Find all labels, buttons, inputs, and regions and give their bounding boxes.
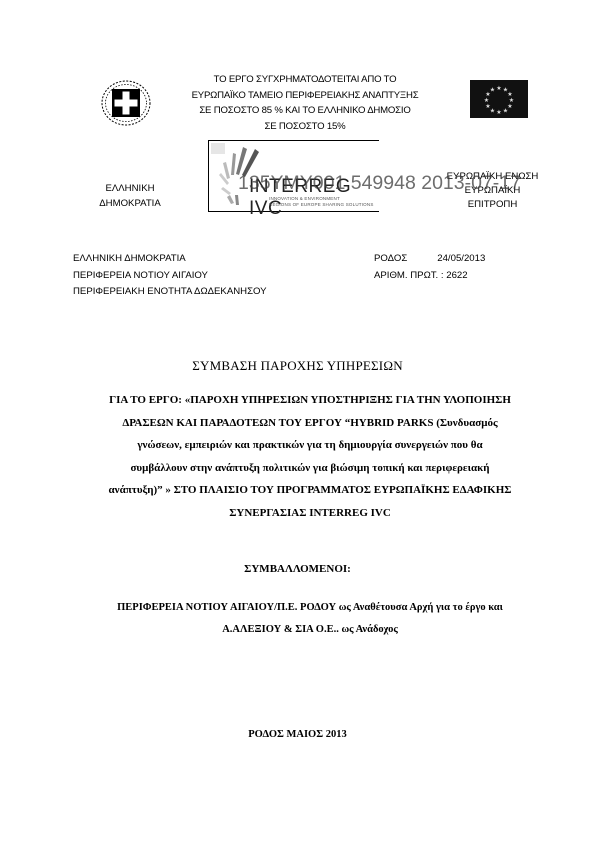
funding-line: ΣΕ ΠΟΣΟΣΤΟ 15%	[175, 119, 435, 135]
greek-state-label-line: ΔΗΜΟΚΡΑΤΙΑ	[95, 196, 165, 211]
greek-coat-of-arms-icon	[100, 79, 152, 127]
protocol-number: 2622	[446, 270, 467, 281]
funding-line: ΤΟ ΕΡΓΟ ΣΥΓΧΡΗΜΑΤΟΔΟΤΕΙΤΑΙ ΑΠΟ ΤΟ	[175, 72, 435, 88]
issuer-line: ΠΕΡΙΦΕΡΕΙΑΚΗ ΕΝΟΤΗΤΑ ΔΩΔΕΚΑΝΗΣΟΥ	[73, 284, 267, 301]
eu-flag-icon: ★ ★ ★ ★ ★ ★ ★ ★ ★ ★ ★ ★	[470, 80, 528, 118]
issuer-line: ΕΛΛΗΝΙΚΗ ΔΗΜΟΚΡΑΤΙΑ	[73, 251, 267, 268]
greek-state-label-line: ΕΛΛΗΝΙΚΗ	[95, 181, 165, 196]
subject-line: ΓΙΑ ΤΟ ΕΡΓΟ: «ΠΑΡΟΧΗ ΥΠΗΡΕΣΙΩΝ ΥΠΟΣΤΗΡΙΞ…	[70, 389, 550, 412]
party-line: ΠΕΡΙΦΕΡΕΙΑ ΝΟΤΙΟΥ ΑΙΓΑΙΟΥ/Π.Ε. ΡΟΔΟΥ ως …	[70, 597, 550, 619]
funding-line: ΕΥΡΩΠΑΪΚΟ ΤΑΜΕΙΟ ΠΕΡΙΦΕΡΕΙΑΚΗΣ ΑΝΑΠΤΥΞΗΣ	[175, 88, 435, 104]
interreg-subtitle: REGIONS OF EUROPE SHARING SOLUTIONS	[269, 202, 374, 207]
funding-line: ΣΕ ΠΟΣΟΣΤΟ 85 % ΚΑΙ ΤΟ ΕΛΛΗΝΙΚΟ ΔΗΜΟΣΙΟ	[175, 103, 435, 119]
svg-text:★: ★	[484, 97, 489, 104]
document-meta: ΡΟΔΟΣ24/05/2013 ΑΡΙΘΜ. ΠΡΩΤ. : 2622	[374, 251, 485, 284]
page-title: ΣΥΜΒΑΣΗ ΠΑΡΟΧΗΣ ΥΠΗΡΕΣΙΩΝ	[0, 358, 595, 374]
subject-line: ΔΡΑΣΕΩΝ ΚΑΙ ΠΑΡΑΔΟΤΕΩΝ ΤΟΥ ΕΡΓΟΥ “HYBRID…	[70, 412, 550, 435]
svg-text:★: ★	[490, 87, 495, 94]
svg-text:★: ★	[496, 85, 501, 92]
issuer-block: ΕΛΛΗΝΙΚΗ ΔΗΜΟΚΡΑΤΙΑ ΠΕΡΙΦΕΡΕΙΑ ΝΟΤΙΟΥ ΑΙ…	[73, 251, 267, 301]
eu-label-line: ΕΠΙΤΡΟΠΗ	[440, 198, 545, 212]
svg-text:★: ★	[496, 109, 501, 116]
parties-block: ΠΕΡΙΦΕΡΕΙΑ ΝΟΤΙΟΥ ΑΙΓΑΙΟΥ/Π.Ε. ΡΟΔΟΥ ως …	[70, 597, 550, 641]
subject-line: ΣΥΝΕΡΓΑΣΙΑΣ INTERREG IVC	[70, 502, 550, 525]
party-line: Α.ΑΛΕΞΙΟΥ & ΣΙΑ Ο.Ε.. ως Ανάδοχος	[70, 619, 550, 641]
contract-subject: ΓΙΑ ΤΟ ΕΡΓΟ: «ΠΑΡΟΧΗ ΥΠΗΡΕΣΙΩΝ ΥΠΟΣΤΗΡΙΞ…	[70, 389, 550, 524]
issuer-line: ΠΕΡΙΦΕΡΕΙΑ ΝΟΤΙΟΥ ΑΙΓΑΙΟΥ	[73, 268, 267, 285]
subject-line: ανάπτυξη)” » ΣΤΟ ΠΛΑΙΣΙΟ ΤΟΥ ΠΡΟΓΡΑΜΜΑΤΟ…	[70, 479, 550, 502]
protocol-row: ΑΡΙΘΜ. ΠΡΩΤ. : 2622	[374, 268, 485, 285]
subject-line: συμβάλλουν στην ανάπτυξη πολιτικών για β…	[70, 457, 550, 480]
date: 24/05/2013	[437, 251, 485, 268]
watermark-stamp: 135ΥΜΥ001 549948 2013-07-17	[238, 172, 521, 195]
place: ΡΟΔΟΣ	[374, 253, 407, 264]
subject-line: γνώσεων, εμπειριών και πρακτικών για τη …	[70, 434, 550, 457]
parties-heading: ΣΥΜΒΑΛΛΟΜΕΝΟΙ:	[0, 563, 595, 575]
svg-text:★: ★	[503, 108, 508, 115]
svg-text:★: ★	[485, 103, 490, 110]
protocol-label: ΑΡΙΘΜ. ΠΡΩΤ. :	[374, 270, 444, 281]
funding-statement: ΤΟ ΕΡΓΟ ΣΥΓΧΡΗΜΑΤΟΔΟΤΕΙΤΑΙ ΑΠΟ ΤΟ ΕΥΡΩΠΑ…	[175, 72, 435, 134]
greek-state-label: ΕΛΛΗΝΙΚΗ ΔΗΜΟΚΡΑΤΙΑ	[95, 181, 165, 211]
place-date-footer: ΡΟΔΟΣ ΜΑΙΟΣ 2013	[0, 729, 595, 740]
place-date-row: ΡΟΔΟΣ24/05/2013	[374, 251, 485, 268]
interreg-subtitle: INNOVATION & ENVIRONMENT	[269, 196, 340, 201]
